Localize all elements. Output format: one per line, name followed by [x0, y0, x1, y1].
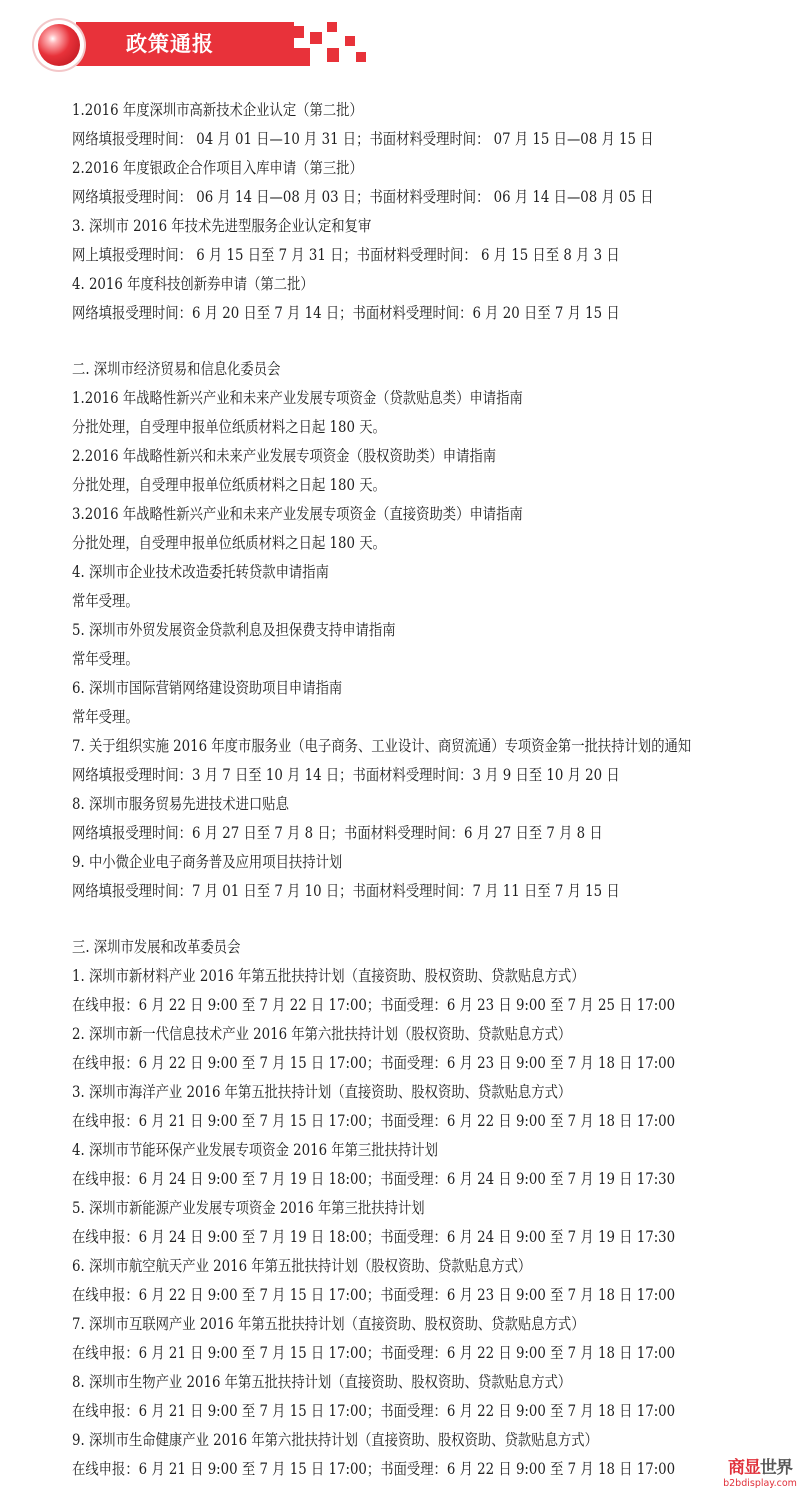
pixel-decoration-icon [294, 26, 304, 38]
policy-item-schedule: 常年受理。 [72, 649, 139, 669]
section-heading-development-reform: 三. 深圳市发展和改革委员会 [72, 937, 240, 957]
policy-item-schedule: 在线申报：6 月 21 日 9:00 至 7 月 15 日 17:00；书面受理… [72, 1459, 675, 1479]
policy-item-schedule: 常年受理。 [72, 707, 139, 727]
pixel-decoration-icon [356, 52, 366, 62]
policy-item-schedule: 在线申报：6 月 21 日 9:00 至 7 月 15 日 17:00；书面受理… [72, 1401, 675, 1421]
policy-item-schedule: 常年受理。 [72, 591, 139, 611]
section-heading-economy-trade: 二. 深圳市经济贸易和信息化委员会 [72, 359, 280, 379]
policy-item-title: 5. 深圳市新能源产业发展专项资金 2016 年第三批扶持计划 [72, 1198, 425, 1218]
policy-item-title: 7. 关于组织实施 2016 年度市服务业（电子商务、工业设计、商贸流通）专项资… [72, 736, 691, 756]
policy-item-schedule: 分批处理，自受理申报单位纸质材料之日起 180 天。 [72, 533, 386, 553]
policy-bulletin-banner: 政策通报 [34, 18, 344, 74]
watermark-brand-part2: 世界 [760, 1458, 792, 1478]
policy-item-schedule: 网上填报受理时间： 6 月 15 日至 7 月 31 日；书面材料受理时间： 6… [72, 245, 620, 265]
banner-title: 政策通报 [126, 28, 214, 58]
policy-item-title: 1.2016 年战略性新兴产业和未来产业发展专项资金（贷款贴息类）申请指南 [72, 388, 523, 408]
policy-item-title: 3. 深圳市海洋产业 2016 年第五批扶持计划（直接资助、股权资助、贷款贴息方… [72, 1082, 571, 1102]
red-sphere-icon [38, 24, 80, 66]
policy-item-title: 9. 深圳市生命健康产业 2016 年第六批扶持计划（直接资助、股权资助、贷款贴… [72, 1430, 598, 1450]
policy-item-title: 2.2016 年度银政企合作项目入库申请（第三批） [72, 158, 363, 178]
policy-item-title: 9. 中小微企业电子商务普及应用项目扶持计划 [72, 852, 342, 872]
policy-item-title: 4. 2016 年度科技创新券申请（第二批） [72, 274, 314, 294]
policy-item-title: 6. 深圳市国际营销网络建设资助项目申请指南 [72, 678, 342, 698]
pixel-decoration-icon [327, 22, 337, 32]
policy-item-schedule: 在线申报：6 月 21 日 9:00 至 7 月 15 日 17:00；书面受理… [72, 1343, 675, 1363]
policy-item-title: 1.2016 年度深圳市高新技术企业认定（第二批） [72, 100, 363, 120]
watermark-brand: 商显世界 [720, 1458, 800, 1478]
policy-item-title: 3. 深圳市 2016 年技术先进型服务企业认定和复审 [72, 216, 371, 236]
policy-item-schedule: 网络填报受理时间：7 月 01 日至 7 月 10 日；书面材料受理时间：7 月… [72, 881, 620, 901]
policy-item-title: 4. 深圳市节能环保产业发展专项资金 2016 年第三批扶持计划 [72, 1140, 438, 1160]
policy-item-schedule: 在线申报：6 月 21 日 9:00 至 7 月 15 日 17:00；书面受理… [72, 1111, 675, 1131]
policy-item-schedule: 在线申报：6 月 24 日 9:00 至 7 月 19 日 18:00；书面受理… [72, 1227, 675, 1247]
policy-item-title: 8. 深圳市生物产业 2016 年第五批扶持计划（直接资助、股权资助、贷款贴息方… [72, 1372, 571, 1392]
policy-item-schedule: 在线申报：6 月 24 日 9:00 至 7 月 19 日 18:00；书面受理… [72, 1169, 675, 1189]
policy-item-title: 2.2016 年战略性新兴和未来产业发展专项资金（股权资助类）申请指南 [72, 446, 496, 466]
pixel-decoration-icon [327, 48, 339, 62]
policy-item-schedule: 网络填报受理时间：3 月 7 日至 10 月 14 日；书面材料受理时间：3 月… [72, 765, 620, 785]
pixel-decoration-icon [310, 32, 322, 44]
policy-item-schedule: 在线申报：6 月 22 日 9:00 至 7 月 15 日 17:00；书面受理… [72, 1053, 675, 1073]
policy-item-title: 6. 深圳市航空航天产业 2016 年第五批扶持计划（股权资助、贷款贴息方式） [72, 1256, 531, 1276]
policy-item-schedule: 在线申报：6 月 22 日 9:00 至 7 月 22 日 17:00；书面受理… [72, 995, 675, 1015]
policy-item-schedule: 分批处理，自受理申报单位纸质材料之日起 180 天。 [72, 417, 386, 437]
policy-item-title: 8. 深圳市服务贸易先进技术进口贴息 [72, 794, 289, 814]
watermark-brand-part1: 商显 [728, 1458, 760, 1478]
watermark-domain: b2bdisplay.com [720, 1478, 800, 1490]
policy-item-schedule: 在线申报：6 月 22 日 9:00 至 7 月 15 日 17:00；书面受理… [72, 1285, 675, 1305]
watermark-logo: 商显世界 b2bdisplay.com [720, 1458, 800, 1490]
policy-item-schedule: 网络填报受理时间：6 月 27 日至 7 月 8 日；书面材料受理时间：6 月 … [72, 823, 603, 843]
pixel-decoration-icon [294, 48, 310, 66]
policy-item-title: 7. 深圳市互联网产业 2016 年第五批扶持计划（直接资助、股权资助、贷款贴息… [72, 1314, 585, 1334]
policy-item-title: 5. 深圳市外贸发展资金贷款利息及担保费支持申请指南 [72, 620, 396, 640]
policy-item-title: 3.2016 年战略性新兴产业和未来产业发展专项资金（直接资助类）申请指南 [72, 504, 523, 524]
pixel-decoration-icon [345, 36, 355, 46]
policy-item-title: 4. 深圳市企业技术改造委托转贷款申请指南 [72, 562, 329, 582]
policy-item-title: 1. 深圳市新材料产业 2016 年第五批扶持计划（直接资助、股权资助、贷款贴息… [72, 966, 585, 986]
policy-item-schedule: 网络填报受理时间： 04 月 01 日—10 月 31 日；书面材料受理时间： … [72, 129, 654, 149]
policy-item-schedule: 网络填报受理时间： 06 月 14 日—08 月 03 日；书面材料受理时间： … [72, 187, 654, 207]
policy-item-title: 2. 深圳市新一代信息技术产业 2016 年第六批扶持计划（股权资助、贷款贴息方… [72, 1024, 571, 1044]
policy-item-schedule: 网络填报受理时间：6 月 20 日至 7 月 14 日；书面材料受理时间：6 月… [72, 303, 620, 323]
policy-item-schedule: 分批处理，自受理申报单位纸质材料之日起 180 天。 [72, 475, 386, 495]
